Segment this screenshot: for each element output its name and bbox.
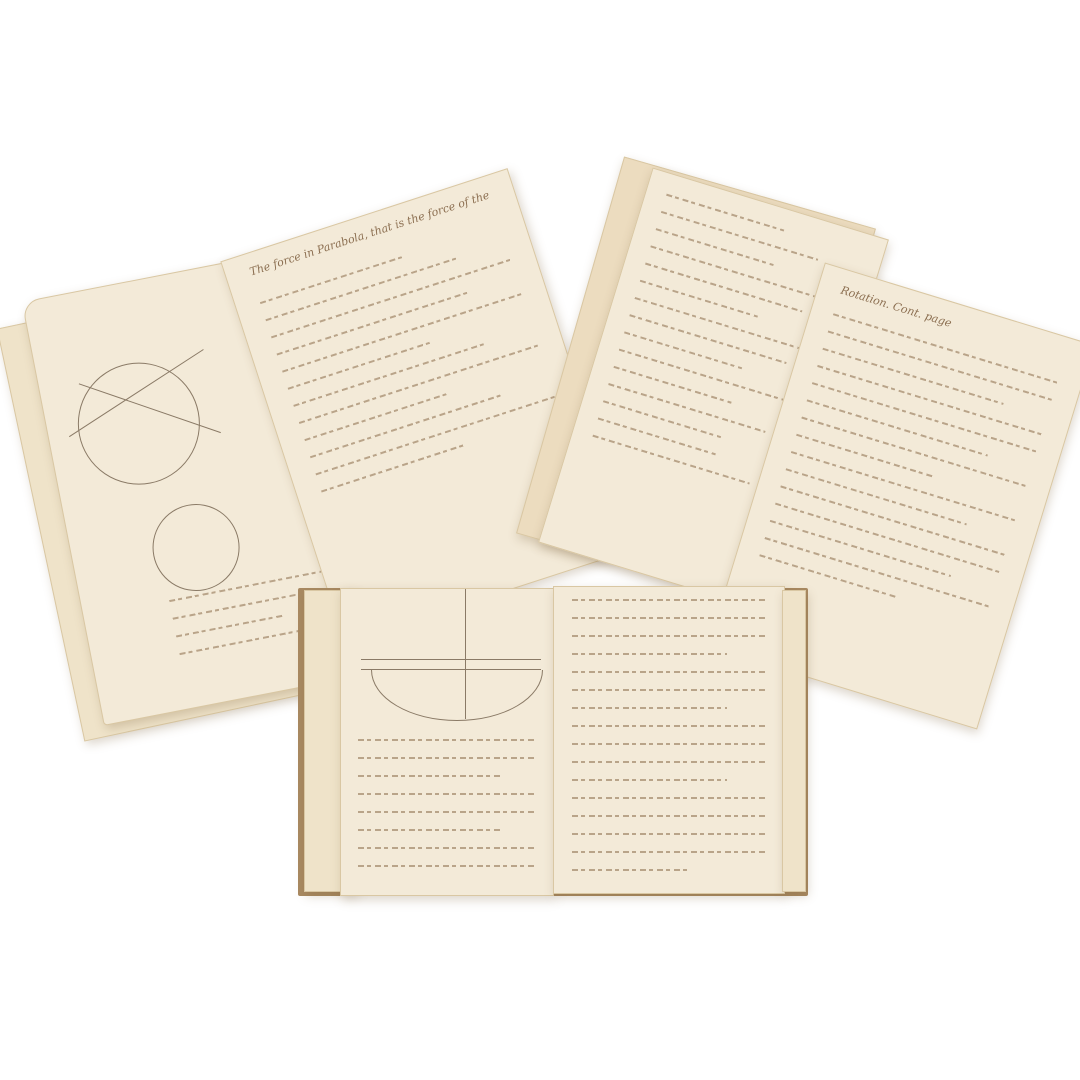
notebook-3-right-page [553,586,785,894]
diagram-line [361,659,541,660]
ellipse-diagram [371,619,543,721]
handwriting-block [572,599,765,887]
circle-diagram-small [145,497,247,599]
notebook-3-page-edges-right [782,590,806,892]
handwriting-block [260,224,566,507]
notebook-3-left-page [340,588,554,896]
photo-scene: The force in Parabola, that is the force… [0,0,1080,1080]
diagram-line [361,669,541,670]
handwriting-block [358,739,536,883]
